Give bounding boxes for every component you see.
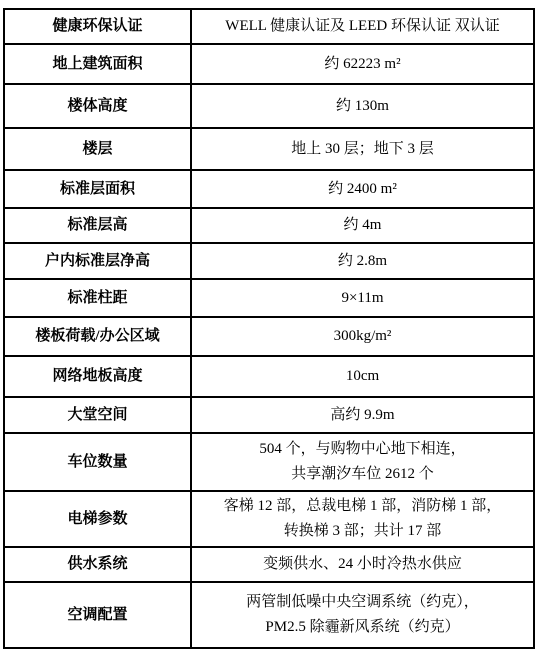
row-label: 楼体高度 — [4, 84, 191, 128]
table-row: 车位数量 504 个，与购物中心地下相连， 共享潮汐车位 2612 个 — [4, 433, 534, 491]
table-row: 楼板荷载/办公区域 300kg/m² — [4, 317, 534, 356]
row-value: 高约 9.9m — [191, 397, 534, 433]
table-row: 电梯参数 客梯 12 部，总裁电梯 1 部，消防梯 1 部， 转换梯 3 部；共… — [4, 491, 534, 547]
table-row: 楼体高度 约 130m — [4, 84, 534, 128]
row-value: WELL 健康认证及 LEED 环保认证 双认证 — [191, 9, 534, 44]
row-label: 空调配置 — [4, 582, 191, 648]
row-label: 标准层面积 — [4, 170, 191, 208]
row-value: 约 2400 m² — [191, 170, 534, 208]
row-value: 约 4m — [191, 208, 534, 243]
row-label: 大堂空间 — [4, 397, 191, 433]
table-row: 标准柱距 9×11m — [4, 279, 534, 317]
row-label: 标准柱距 — [4, 279, 191, 317]
spec-table: 健康环保认证 WELL 健康认证及 LEED 环保认证 双认证 地上建筑面积 约… — [3, 8, 535, 649]
table-row: 地上建筑面积 约 62223 m² — [4, 44, 534, 84]
row-value: 约 62223 m² — [191, 44, 534, 84]
row-value: 客梯 12 部，总裁电梯 1 部，消防梯 1 部， 转换梯 3 部；共计 17 … — [191, 491, 534, 547]
row-label: 地上建筑面积 — [4, 44, 191, 84]
row-label: 电梯参数 — [4, 491, 191, 547]
row-value: 两管制低噪中央空调系统（约克）， PM2.5 除霾新风系统（约克） — [191, 582, 534, 648]
table-row: 网络地板高度 10cm — [4, 356, 534, 397]
row-label: 楼板荷载/办公区域 — [4, 317, 191, 356]
row-value: 变频供水、24 小时冷热水供应 — [191, 547, 534, 582]
table-row: 楼层 地上 30 层；地下 3 层 — [4, 128, 534, 170]
table-row: 空调配置 两管制低噪中央空调系统（约克）， PM2.5 除霾新风系统（约克） — [4, 582, 534, 648]
table-row: 户内标准层净高 约 2.8m — [4, 243, 534, 279]
row-label: 网络地板高度 — [4, 356, 191, 397]
row-label: 标准层高 — [4, 208, 191, 243]
row-label: 车位数量 — [4, 433, 191, 491]
table-row: 大堂空间 高约 9.9m — [4, 397, 534, 433]
row-label: 楼层 — [4, 128, 191, 170]
row-label: 健康环保认证 — [4, 9, 191, 44]
table-row: 标准层高 约 4m — [4, 208, 534, 243]
row-value: 504 个，与购物中心地下相连， 共享潮汐车位 2612 个 — [191, 433, 534, 491]
table-row: 供水系统 变频供水、24 小时冷热水供应 — [4, 547, 534, 582]
row-label: 供水系统 — [4, 547, 191, 582]
row-label: 户内标准层净高 — [4, 243, 191, 279]
row-value: 约 2.8m — [191, 243, 534, 279]
row-value: 10cm — [191, 356, 534, 397]
table-row: 健康环保认证 WELL 健康认证及 LEED 环保认证 双认证 — [4, 9, 534, 44]
table-row: 标准层面积 约 2400 m² — [4, 170, 534, 208]
row-value: 约 130m — [191, 84, 534, 128]
row-value: 地上 30 层；地下 3 层 — [191, 128, 534, 170]
row-value: 9×11m — [191, 279, 534, 317]
row-value: 300kg/m² — [191, 317, 534, 356]
